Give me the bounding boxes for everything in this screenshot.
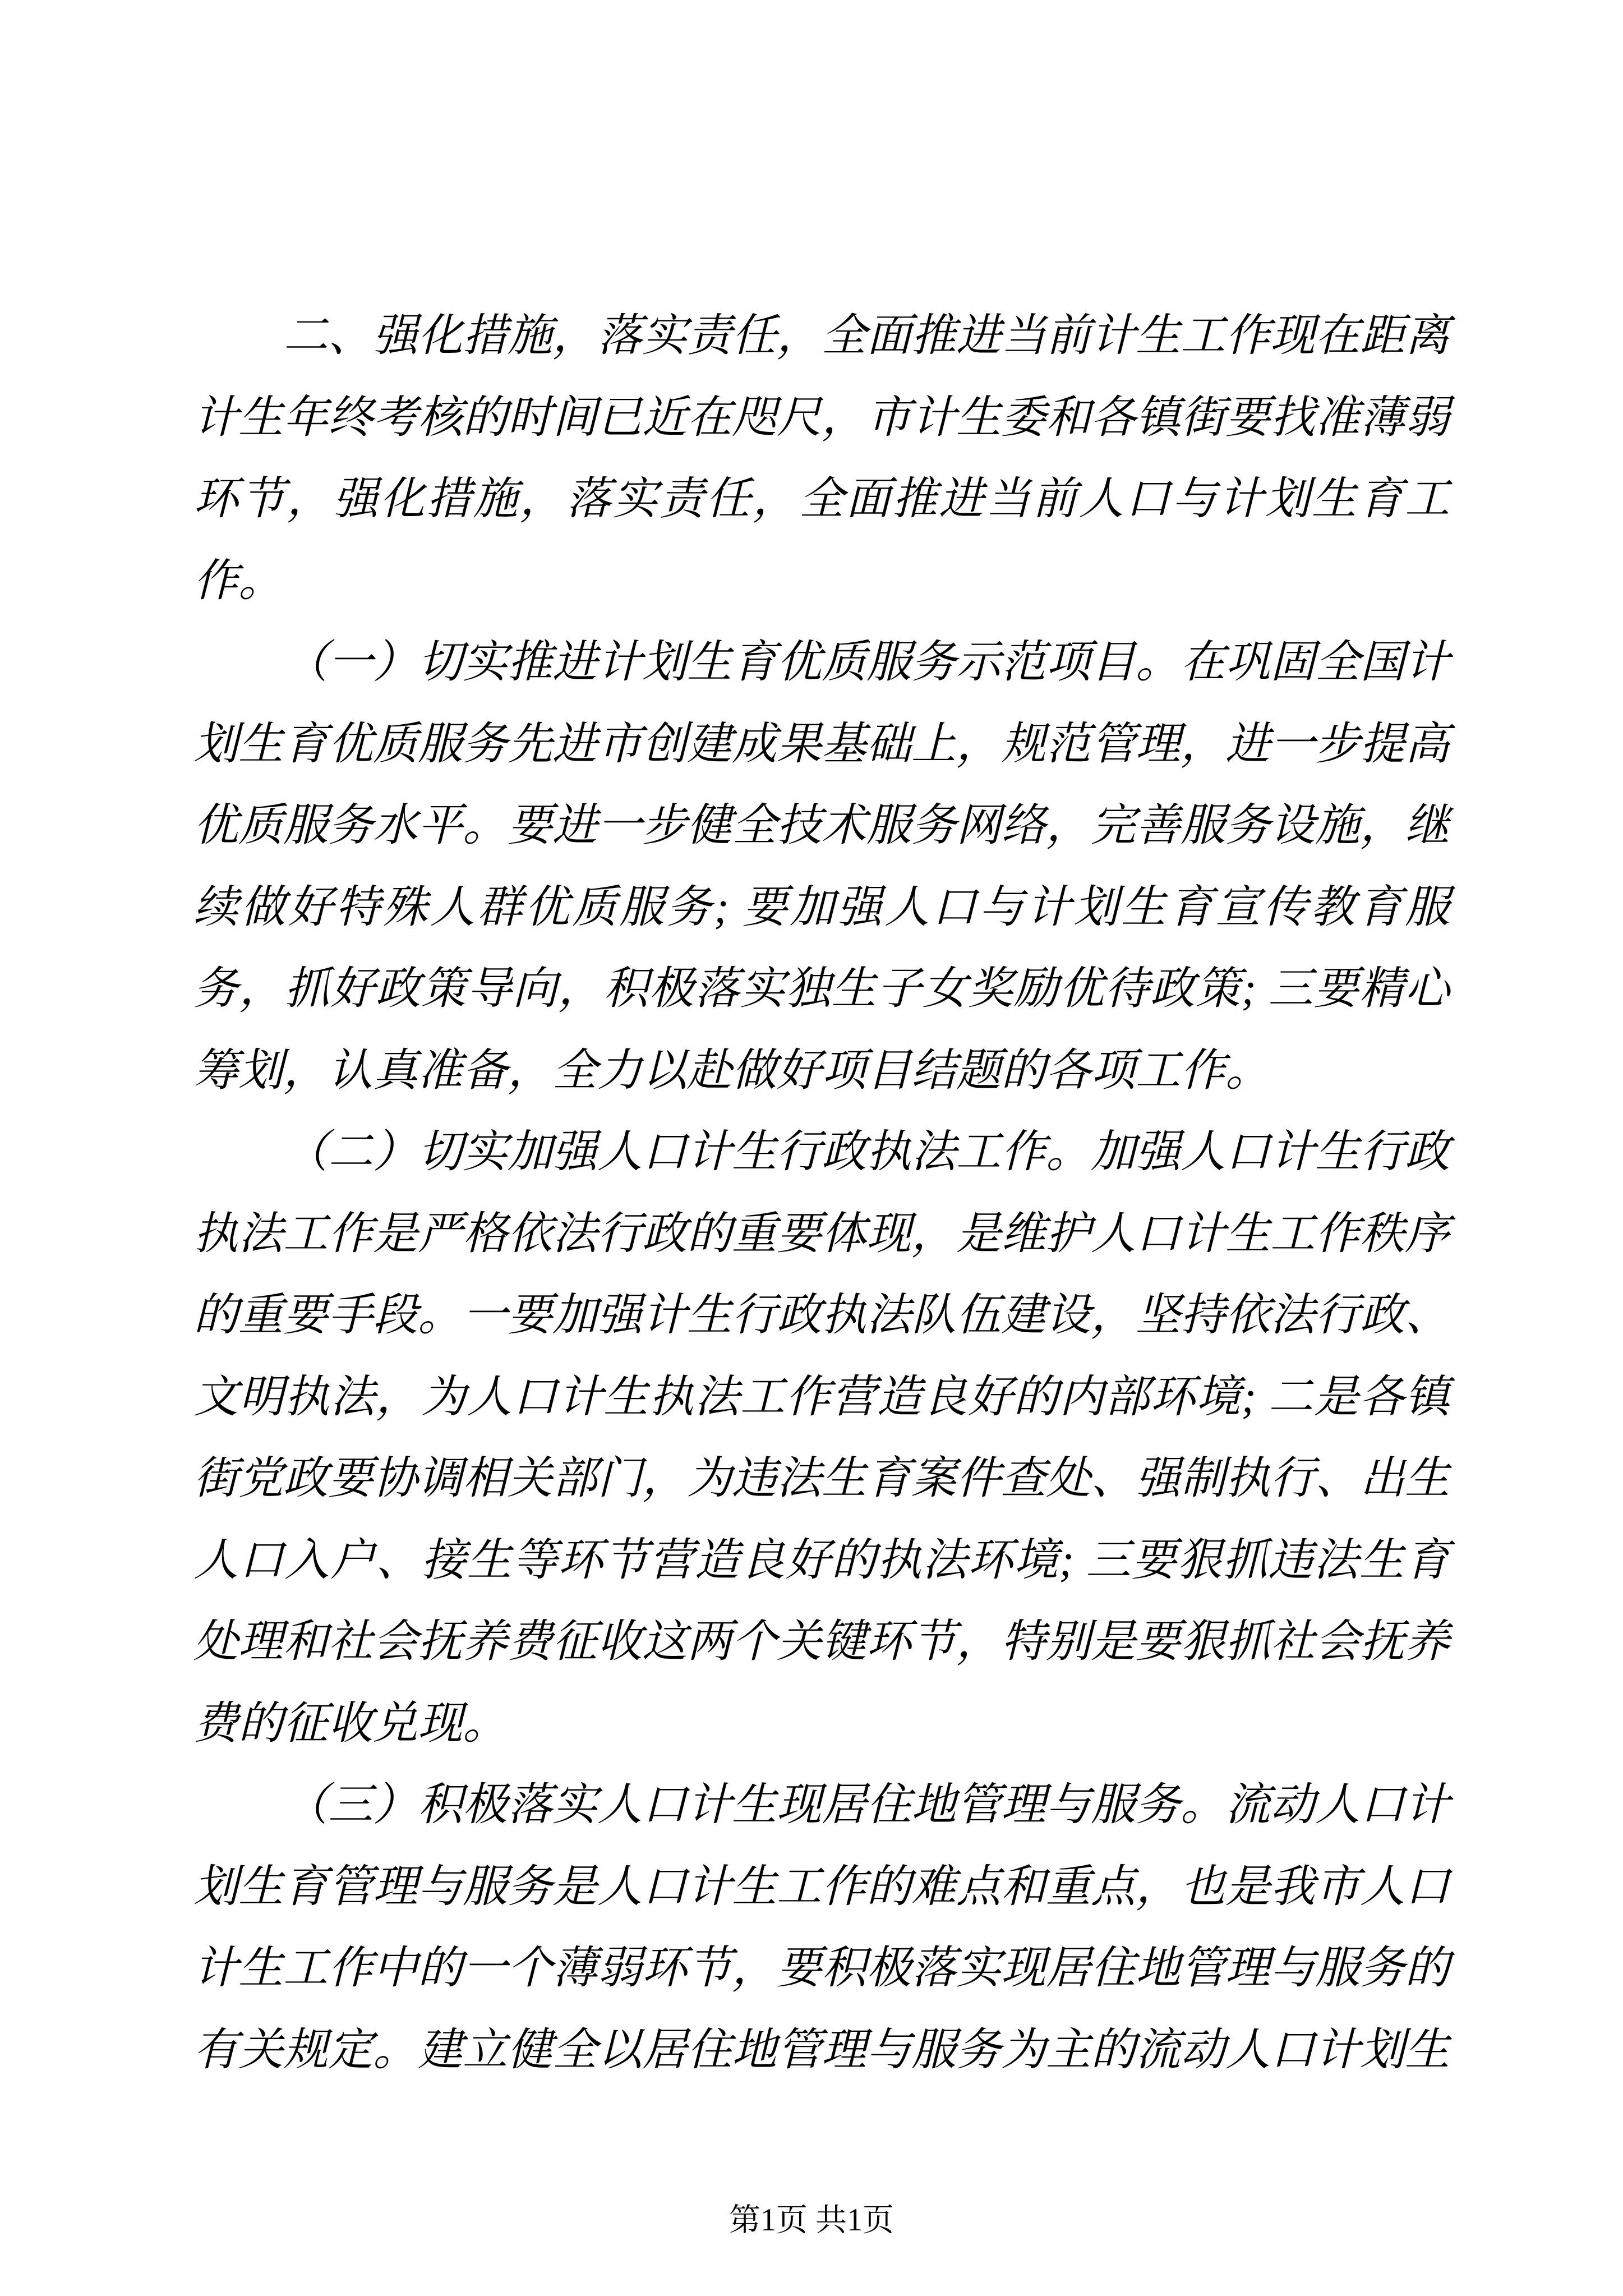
paragraph-item-3: （三）积极落实人口计生现居住地管理与服务。流动人口计划生育管理与服务是人口计生工… <box>193 1765 1450 2091</box>
paragraph-section-2-intro: 二、强化措施，落实责任，全面推进当前计生工作现在距离计生年终考核的时间已近在咫尺… <box>193 296 1450 622</box>
paragraph-item-2: （二）切实加强人口计生行政执法工作。加强人口计生行政执法工作是严格依法行政的重要… <box>193 1112 1450 1765</box>
document-body: 二、强化措施，落实责任，全面推进当前计生工作现在距离计生年终考核的时间已近在咫尺… <box>0 0 1623 2091</box>
paragraph-item-1: （一）切实推进计划生育优质服务示范项目。在巩固全国计划生育优质服务先进市创建成果… <box>193 622 1450 1112</box>
page-footer: 第1页 共1页 <box>0 2198 1623 2243</box>
page-number-indicator: 第1页 共1页 <box>729 2203 894 2238</box>
document-page: 二、强化措施，落实责任，全面推进当前计生工作现在距离计生年终考核的时间已近在咫尺… <box>0 0 1623 2296</box>
